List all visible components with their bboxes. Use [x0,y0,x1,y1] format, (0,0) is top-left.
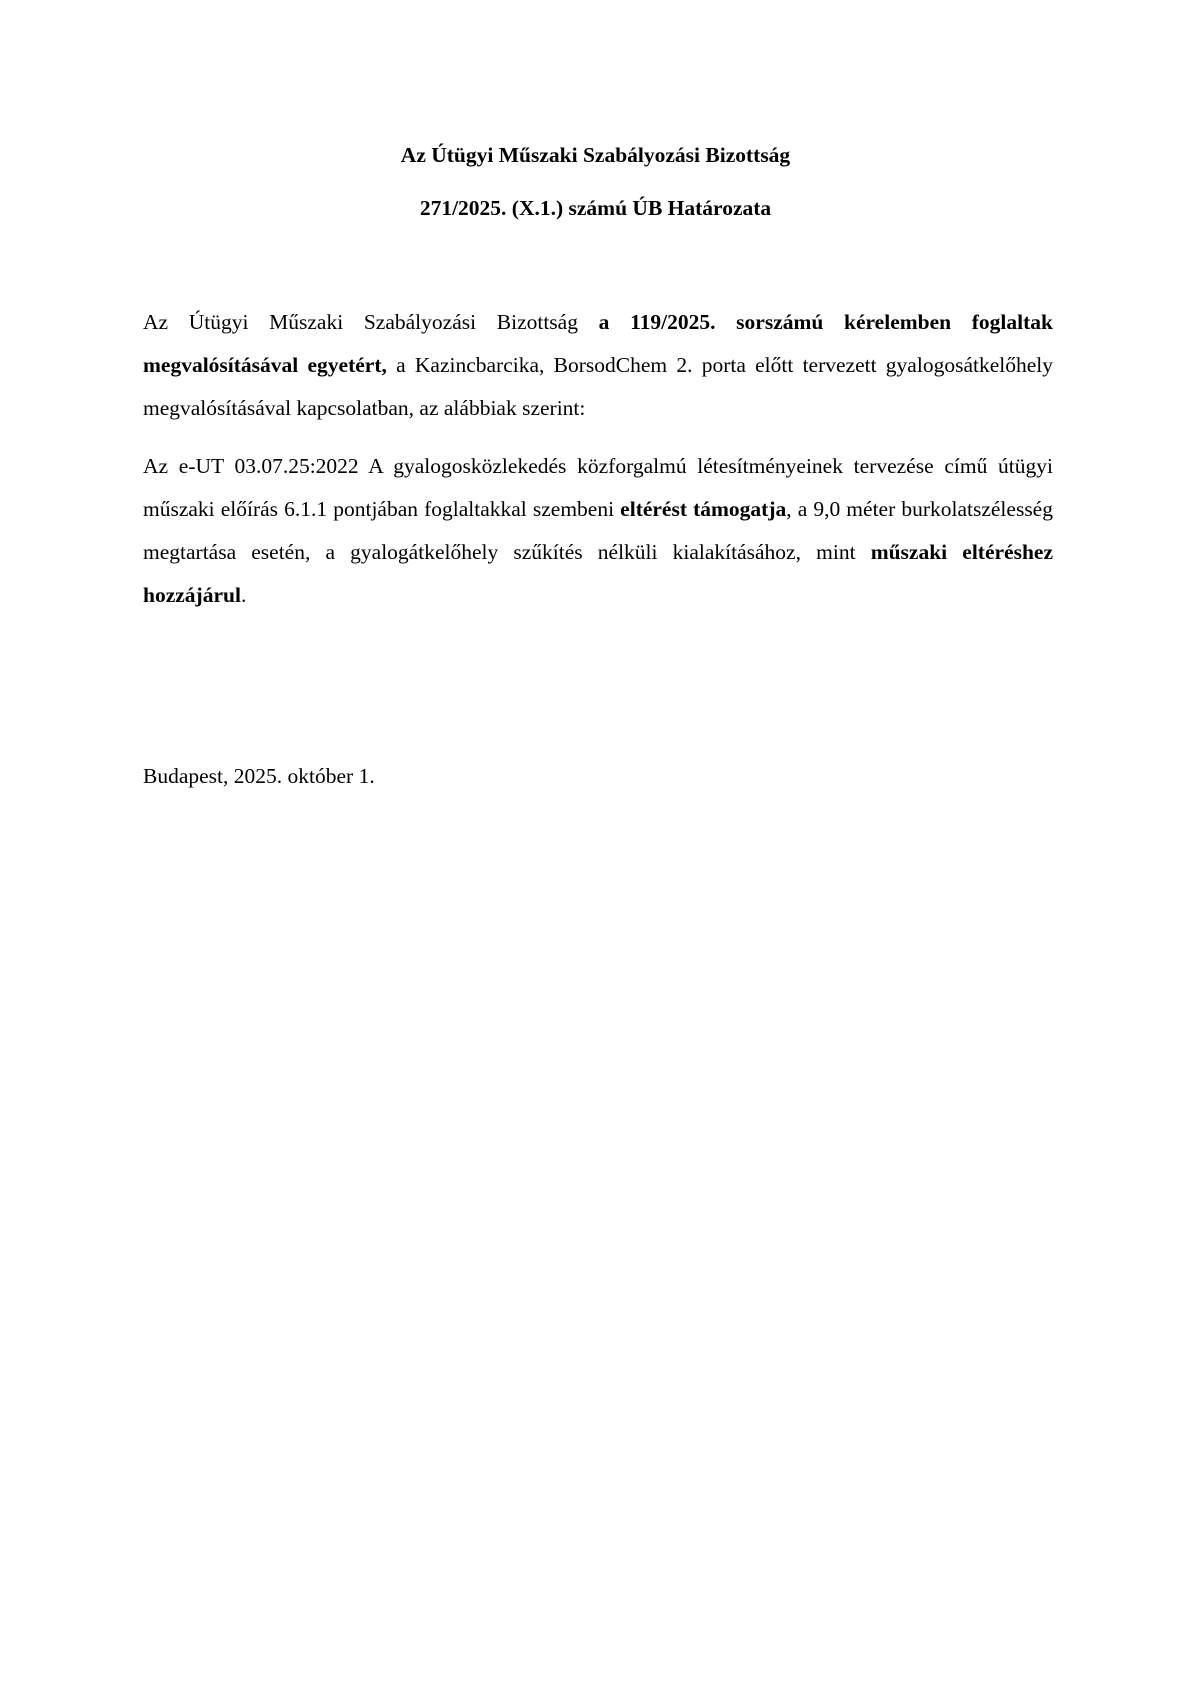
document-title: Az Útügyi Műszaki Szabályozási Bizottság [0,143,1191,168]
paragraph-bold-text: eltérést támogatja [620,497,786,521]
resolution-number: 271/2025. (X.1.) számú ÚB Határozata [0,196,1191,221]
document-page: Az Útügyi Műszaki Szabályozási Bizottság… [0,0,1191,1684]
paragraph-decision: Az Útügyi Műszaki Szabályozási Bizottság… [143,301,1053,430]
paragraph-text: . [241,583,246,607]
paragraph-text: Az Útügyi Műszaki Szabályozási Bizottság [143,310,599,334]
paragraph-deviation: Az e-UT 03.07.25:2022 A gyalogosközleked… [143,445,1053,617]
place-and-date: Budapest, 2025. október 1. [143,764,375,789]
